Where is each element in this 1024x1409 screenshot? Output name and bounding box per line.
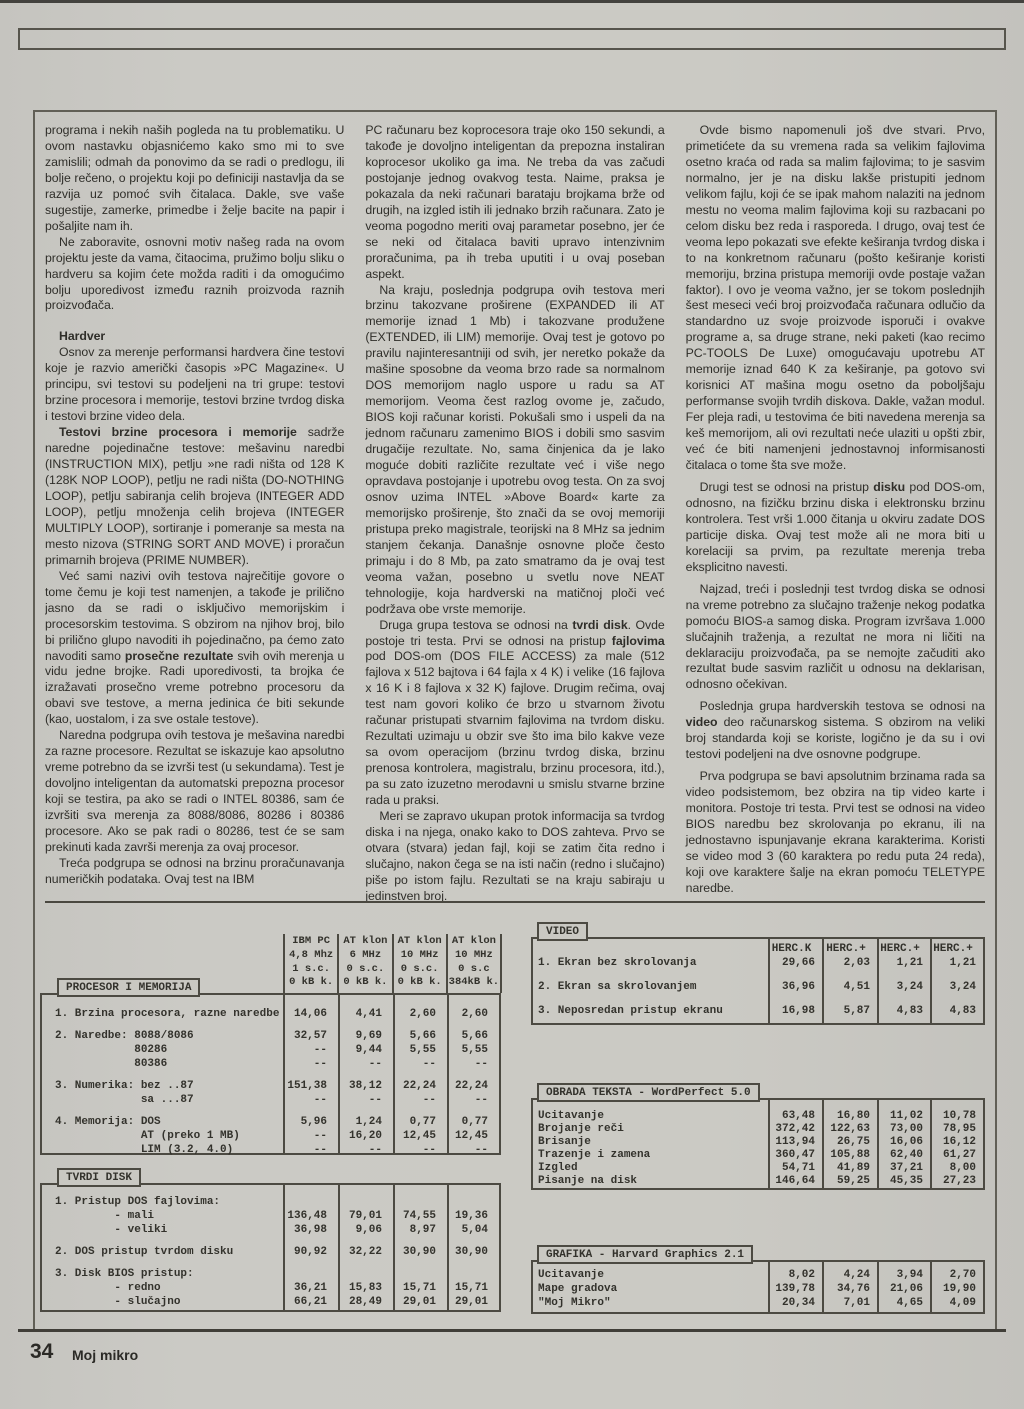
paragraph: Naredna podgrupa ovih testova je mešavin…	[45, 728, 344, 856]
table-title: TVRDI DISK	[57, 1168, 141, 1187]
table-title: VIDEO	[537, 922, 588, 941]
table-grafika: GRAFIKA - Harvard Graphics 2.1Ucitavanje…	[531, 1260, 985, 1314]
value-cell: 41,89	[822, 1162, 877, 1175]
table-row: 3. Numerika: bez ..87151,3838,1222,2422,…	[42, 1079, 499, 1093]
table-row: Brisanje113,9426,7516,0616,12	[533, 1136, 983, 1149]
value-cell: --	[393, 1093, 447, 1107]
table-row: 1. Ekran bez skrolovanja29,662,031,211,2…	[533, 956, 983, 970]
value-cell: 2,60	[447, 1007, 499, 1021]
paragraph: Najzad, treći i poslednji test tvrdog di…	[686, 582, 985, 694]
value-cell: --	[447, 1093, 499, 1107]
paragraph: programa i nekih naših pogleda na tu pro…	[45, 123, 344, 235]
machine-header-cell: AT klon6 MHz0 s.c.0 kB k.	[337, 934, 391, 993]
row-label: LIM (3.2, 4.0)	[42, 1143, 283, 1157]
value-cell: 34,76	[822, 1282, 877, 1296]
table-row: Pisanje na disk146,6459,2545,3527,23	[533, 1175, 983, 1188]
value-cell: 61,27	[930, 1149, 983, 1162]
value-cell: 4,09	[930, 1296, 983, 1310]
table-row: Trazenje i zamena360,47105,8862,4061,27	[533, 1149, 983, 1162]
text-column-2: PC računaru bez koprocesora traje oko 15…	[365, 123, 664, 903]
paragraph: Meri se zapravo ukupan protok informacij…	[365, 809, 664, 903]
row-label: 2. Ekran sa skrolovanjem	[533, 980, 768, 994]
value-cell: --	[283, 1043, 338, 1057]
value-cell: 29,01	[393, 1295, 447, 1309]
paragraph: Treća podgrupa se odnosi na brzinu prora…	[45, 856, 344, 888]
value-cell: 3,24	[877, 980, 930, 994]
table-row: sa ...87--------	[42, 1093, 499, 1107]
value-cell: --	[447, 1057, 499, 1071]
table-title: OBRADA TEKSTA - WordPerfect 5.0	[537, 1083, 760, 1102]
value-cell: 10,78	[930, 1110, 983, 1123]
value-cell: 36,96	[768, 980, 822, 994]
value-cell	[447, 1195, 499, 1209]
table-row: Ucitavanje8,024,243,942,70	[533, 1268, 983, 1282]
value-cell: 122,63	[822, 1123, 877, 1136]
table-procesor-i-memorija: PROCESOR I MEMORIJA1. Brzina procesora, …	[40, 993, 501, 1155]
value-cell: 19,36	[447, 1209, 499, 1223]
value-cell: 4,83	[930, 1004, 983, 1018]
table-row: 1. Pristup DOS fajlovima:	[42, 1195, 499, 1209]
value-cell: 27,23	[930, 1175, 983, 1188]
value-cell: 12,45	[447, 1129, 499, 1143]
value-cell: 136,48	[283, 1209, 338, 1223]
row-label: 80286	[42, 1043, 283, 1057]
paragraph: Testovi brzine procesora i memorije sadr…	[45, 425, 344, 569]
value-cell: 29,01	[447, 1295, 499, 1309]
value-cell: 5,55	[447, 1043, 499, 1057]
value-cell: 0,77	[447, 1115, 499, 1129]
value-cell: 5,04	[447, 1223, 499, 1237]
row-label: 1. Pristup DOS fajlovima:	[42, 1195, 283, 1209]
table-row: AT (preko 1 MB)--16,2012,4512,45	[42, 1129, 499, 1143]
value-cell: 151,38	[283, 1079, 338, 1093]
value-cell: --	[393, 1057, 447, 1071]
page-top-edge	[0, 0, 1024, 3]
value-cell: 16,06	[877, 1136, 930, 1149]
table-row: Mape gradova139,7834,7621,0619,90	[533, 1282, 983, 1296]
value-cell: 146,64	[768, 1175, 822, 1188]
value-cell: 14,06	[283, 1007, 338, 1021]
value-cell: --	[283, 1129, 338, 1143]
row-label: sa ...87	[42, 1093, 283, 1107]
row-label: - slučajno	[42, 1295, 283, 1309]
value-cell: 9,44	[338, 1043, 393, 1057]
value-cell: 9,69	[338, 1029, 393, 1043]
value-cell: 8,97	[393, 1223, 447, 1237]
value-cell: 372,42	[768, 1123, 822, 1136]
value-cell	[393, 1267, 447, 1281]
value-cell: 16,98	[768, 1004, 822, 1018]
table-tvrdi-disk: TVRDI DISK1. Pristup DOS fajlovima: - ma…	[40, 1183, 501, 1312]
value-cell: 30,90	[447, 1245, 499, 1259]
table-row: 80286--9,445,555,55	[42, 1043, 499, 1057]
value-cell: --	[283, 1093, 338, 1107]
row-label: Trazenje i zamena	[533, 1149, 768, 1162]
value-cell	[283, 1267, 338, 1281]
row-label: 4. Memorija: DOS	[42, 1115, 283, 1129]
value-cell: --	[338, 1143, 393, 1157]
value-cell: 36,21	[283, 1281, 338, 1295]
magazine-name: Moj mikro	[72, 1347, 138, 1363]
paragraph: Druga grupa testova se odnosi na tvrdi d…	[365, 618, 664, 809]
table-row: 2. DOS pristup tvrdom disku90,9232,2230,…	[42, 1245, 499, 1259]
value-cell: 16,20	[338, 1129, 393, 1143]
paragraph: Već sami nazivi ovih testova najrečitije…	[45, 569, 344, 729]
row-label: - redno	[42, 1281, 283, 1295]
row-label: "Moj Mikro"	[533, 1296, 768, 1310]
value-cell: 4,51	[822, 980, 877, 994]
row-label: 80386	[42, 1057, 283, 1071]
value-cell: 5,96	[283, 1115, 338, 1129]
value-cell: 5,66	[393, 1029, 447, 1043]
value-cell: 113,94	[768, 1136, 822, 1149]
value-cell: 22,24	[447, 1079, 499, 1093]
value-cell: 45,35	[877, 1175, 930, 1188]
value-cell: 1,21	[930, 956, 983, 970]
table-row: 2. Naredbe: 8088/808632,579,695,665,66	[42, 1029, 499, 1043]
table-row: 2. Ekran sa skrolovanjem36,964,513,243,2…	[533, 980, 983, 994]
value-cell: 5,55	[393, 1043, 447, 1057]
value-cell: 78,95	[930, 1123, 983, 1136]
value-cell: 21,06	[877, 1282, 930, 1296]
value-cell: 11,02	[877, 1110, 930, 1123]
value-cell: 2,60	[393, 1007, 447, 1021]
table-row: 4. Memorija: DOS5,961,240,770,77	[42, 1115, 499, 1129]
row-label: 1. Brzina procesora, razne naredbe	[42, 1007, 283, 1021]
paragraph: Prva podgrupa se bavi apsolutnim brzinam…	[686, 769, 985, 897]
value-cell: 1,21	[877, 956, 930, 970]
value-cell: 28,49	[338, 1295, 393, 1309]
value-cell: 1,24	[338, 1115, 393, 1129]
value-cell: 32,22	[338, 1245, 393, 1259]
value-cell: 22,24	[393, 1079, 447, 1093]
page-number: 34	[30, 1340, 53, 1364]
header-banner-box	[18, 28, 1006, 50]
table-row: LIM (3.2, 4.0)--------	[42, 1143, 499, 1157]
row-label: Ucitavanje	[533, 1110, 768, 1123]
row-label: - mali	[42, 1209, 283, 1223]
value-cell: 16,12	[930, 1136, 983, 1149]
table-row: 80386--------	[42, 1057, 499, 1071]
value-cell: --	[393, 1143, 447, 1157]
table-video: VIDEOHERC.KHERC.+HERC.+HERC.+1. Ekran be…	[531, 937, 985, 1025]
value-cell: 37,21	[877, 1162, 930, 1175]
row-label: 2. DOS pristup tvrdom disku	[42, 1245, 283, 1259]
value-cell: 30,90	[393, 1245, 447, 1259]
value-cell: 5,66	[447, 1029, 499, 1043]
value-cell: --	[338, 1057, 393, 1071]
table-title: PROCESOR I MEMORIJA	[57, 978, 200, 997]
text-column-1: programa i nekih naših pogleda na tu pro…	[45, 123, 344, 903]
table-row: - veliki36,989,068,975,04	[42, 1223, 499, 1237]
magazine-page: programa i nekih naših pogleda na tu pro…	[0, 0, 1024, 1409]
header-cell: HERC.K	[768, 942, 822, 956]
value-cell	[447, 1267, 499, 1281]
value-cell: 4,24	[822, 1268, 877, 1282]
row-label: Pisanje na disk	[533, 1175, 768, 1188]
paragraph: Na kraju, poslednja podgrupa ovih testov…	[365, 283, 664, 618]
table-row: Brojanje reči372,42122,6373,0078,95	[533, 1123, 983, 1136]
header-cell: HERC.+	[930, 942, 983, 956]
table-row: 1. Brzina procesora, razne naredbe14,064…	[42, 1007, 499, 1021]
row-label: Izgled	[533, 1162, 768, 1175]
value-cell: 8,00	[930, 1162, 983, 1175]
row-label: Mape gradova	[533, 1282, 768, 1296]
value-cell: 360,47	[768, 1149, 822, 1162]
value-cell: 4,83	[877, 1004, 930, 1018]
paragraph: Drugi test se odnosi na pristup disku po…	[686, 480, 985, 576]
value-cell: 2,70	[930, 1268, 983, 1282]
machine-column-headers: IBM PC4,8 Mhz1 s.c.0 kB k.AT klon6 MHz0 …	[283, 934, 502, 993]
row-label: Brisanje	[533, 1136, 768, 1149]
article-body: programa i nekih naših pogleda na tu pro…	[45, 123, 985, 903]
value-cell	[283, 1195, 338, 1209]
section-divider-rule	[45, 901, 985, 903]
value-cell: 63,48	[768, 1110, 822, 1123]
row-label: 3. Numerika: bez ..87	[42, 1079, 283, 1093]
value-cell: 3,24	[930, 980, 983, 994]
value-cell: 20,34	[768, 1296, 822, 1310]
value-cell: 0,77	[393, 1115, 447, 1129]
value-cell: 4,41	[338, 1007, 393, 1021]
table-row: Ucitavanje63,4816,8011,0210,78	[533, 1110, 983, 1123]
row-label: 3. Neposredan pristup ekranu	[533, 1004, 768, 1018]
table-row: Izgled54,7141,8937,218,00	[533, 1162, 983, 1175]
value-cell: --	[283, 1057, 338, 1071]
row-label: Brojanje reči	[533, 1123, 768, 1136]
table-obrada-teksta: OBRADA TEKSTA - WordPerfect 5.0Ucitavanj…	[531, 1098, 985, 1190]
value-cell: 29,66	[768, 956, 822, 970]
table-row: - redno36,2115,8315,7115,71	[42, 1281, 499, 1295]
table-row: - slučajno66,2128,4929,0129,01	[42, 1295, 499, 1309]
table-row: 3. Disk BIOS pristup:	[42, 1267, 499, 1281]
paragraph: Osnov za merenje performansi hardvera či…	[45, 345, 344, 425]
paragraph: Ovde bismo napomenuli još dve stvari. Pr…	[686, 123, 985, 474]
value-cell: 15,83	[338, 1281, 393, 1295]
value-cell: 66,21	[283, 1295, 338, 1309]
row-label: Ucitavanje	[533, 1268, 768, 1282]
value-cell: 15,71	[447, 1281, 499, 1295]
value-cell: 19,90	[930, 1282, 983, 1296]
value-cell: 9,06	[338, 1223, 393, 1237]
text-column-3: Ovde bismo napomenuli još dve stvari. Pr…	[686, 123, 985, 903]
row-label: AT (preko 1 MB)	[42, 1129, 283, 1143]
value-cell: 8,02	[768, 1268, 822, 1282]
row-label: 1. Ekran bez skrolovanja	[533, 956, 768, 970]
footer-rule	[18, 1329, 1006, 1332]
value-cell: 5,87	[822, 1004, 877, 1018]
value-cell: 90,92	[283, 1245, 338, 1259]
value-cell: --	[338, 1093, 393, 1107]
machine-header-cell: IBM PC4,8 Mhz1 s.c.0 kB k.	[283, 934, 337, 993]
value-cell: 7,01	[822, 1296, 877, 1310]
value-cell: 3,94	[877, 1268, 930, 1282]
section-heading: Hardver	[45, 329, 344, 345]
table-row: "Moj Mikro"20,347,014,654,09	[533, 1296, 983, 1310]
value-cell: 12,45	[393, 1129, 447, 1143]
table-header-row: HERC.KHERC.+HERC.+HERC.+	[533, 942, 983, 956]
row-label: - veliki	[42, 1223, 283, 1237]
header-cell: HERC.+	[822, 942, 877, 956]
table-row: - mali136,4879,0174,5519,36	[42, 1209, 499, 1223]
value-cell: 139,78	[768, 1282, 822, 1296]
value-cell: 32,57	[283, 1029, 338, 1043]
machine-header-cell: AT klon10 MHz0 s.c384kB k.	[446, 934, 500, 993]
value-cell: --	[283, 1143, 338, 1157]
row-label: 2. Naredbe: 8088/8086	[42, 1029, 283, 1043]
value-cell	[338, 1195, 393, 1209]
value-cell: 2,03	[822, 956, 877, 970]
value-cell: 36,98	[283, 1223, 338, 1237]
value-cell: 105,88	[822, 1149, 877, 1162]
value-cell: 26,75	[822, 1136, 877, 1149]
row-label: 3. Disk BIOS pristup:	[42, 1267, 283, 1281]
table-row: 3. Neposredan pristup ekranu16,985,874,8…	[533, 1004, 983, 1018]
value-cell: 74,55	[393, 1209, 447, 1223]
machine-header-cell: AT klon10 MHz0 s.c.0 kB k.	[392, 934, 446, 993]
value-cell: 4,65	[877, 1296, 930, 1310]
table-title: GRAFIKA - Harvard Graphics 2.1	[537, 1245, 753, 1264]
value-cell: 16,80	[822, 1110, 877, 1123]
paragraph: PC računaru bez koprocesora traje oko 15…	[365, 123, 664, 283]
value-cell: 54,71	[768, 1162, 822, 1175]
value-cell: --	[447, 1143, 499, 1157]
value-cell: 79,01	[338, 1209, 393, 1223]
value-cell: 73,00	[877, 1123, 930, 1136]
paragraph: Poslednja grupa hardverskih testova se o…	[686, 699, 985, 763]
value-cell: 59,25	[822, 1175, 877, 1188]
paragraph: Ne zaboravite, osnovni motiv našeg rada …	[45, 235, 344, 315]
header-cell: HERC.+	[877, 942, 930, 956]
value-cell	[338, 1267, 393, 1281]
value-cell: 38,12	[338, 1079, 393, 1093]
value-cell	[393, 1195, 447, 1209]
value-cell: 15,71	[393, 1281, 447, 1295]
value-cell: 62,40	[877, 1149, 930, 1162]
